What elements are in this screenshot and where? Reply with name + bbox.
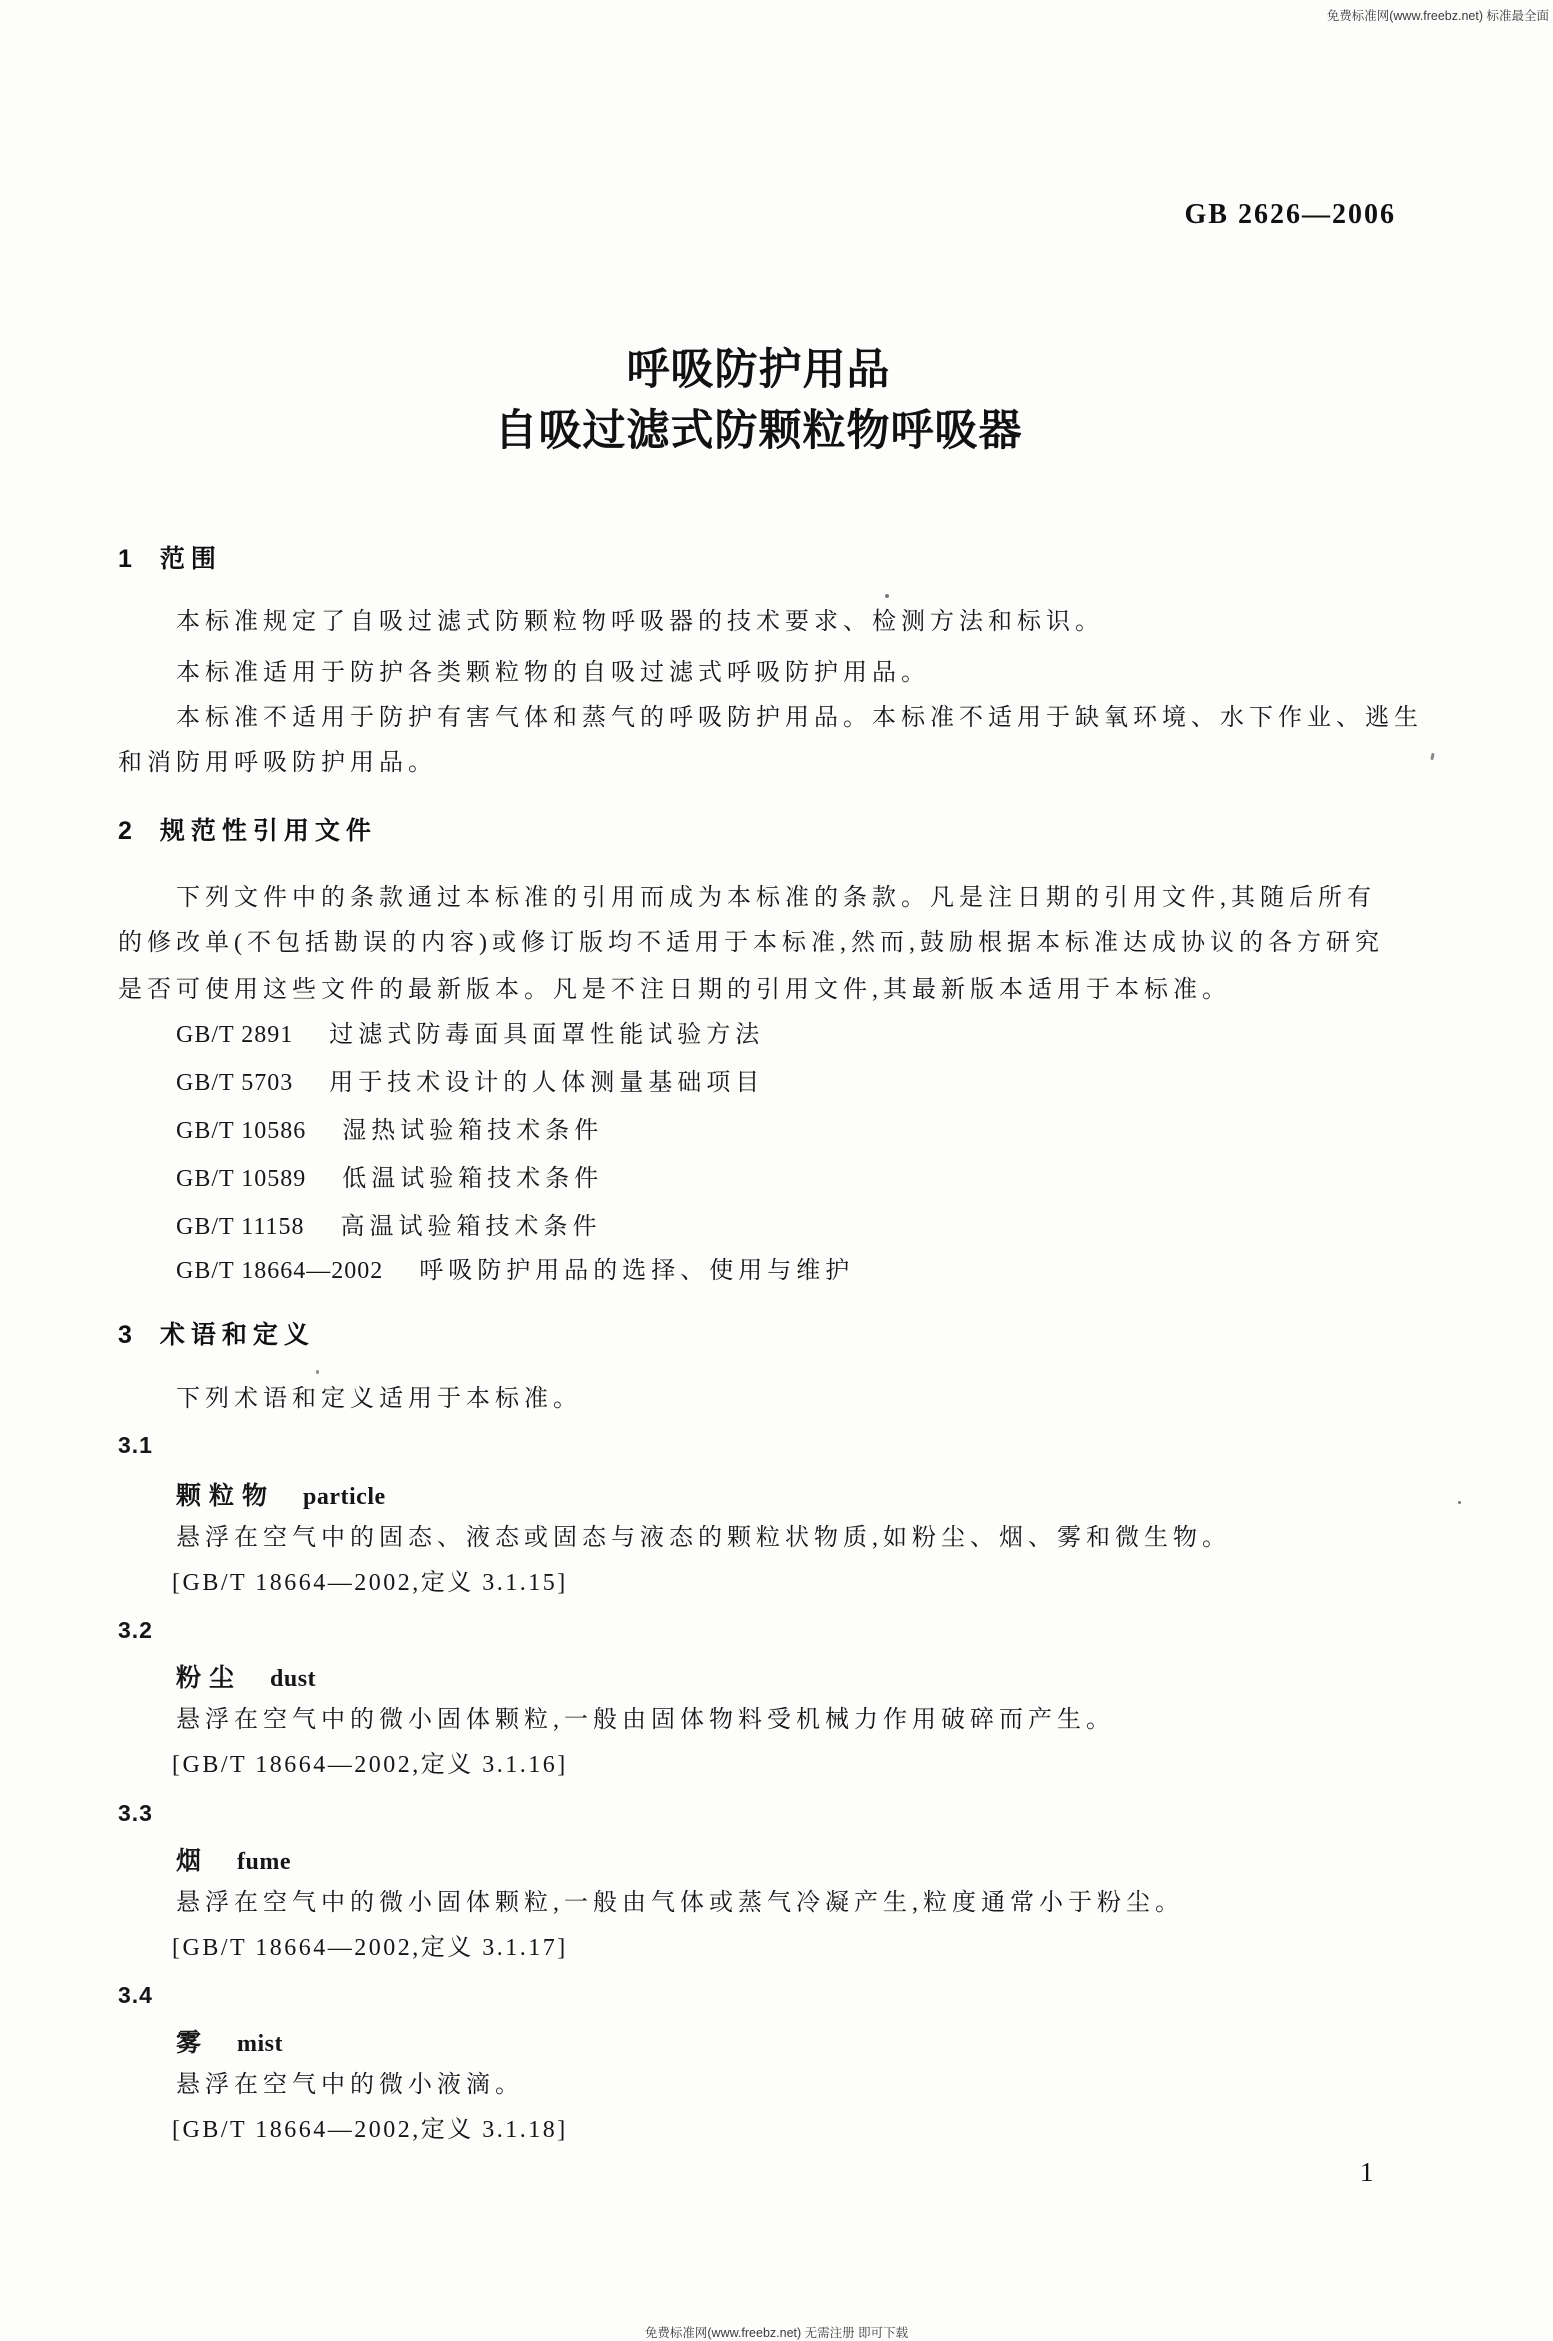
section-3-intro: 下列术语和定义适用于本标准。 [176, 1384, 582, 1414]
doc-number: GB 2626—2006 [1185, 199, 1396, 231]
reference-code: GB/T 2891 [176, 1022, 293, 1048]
section-2-heading: 2规范性引用文件 [118, 816, 377, 846]
section-1-paragraph-3: 本标准不适用于防护有害气体和蒸气的呼吸防护用品。本标准不适用于缺氧环境、水下作业… [176, 703, 1423, 733]
reference-code: GB/T 10586 [176, 1118, 306, 1144]
term-name: 颗粒物particle [176, 1481, 386, 1512]
section-1-paragraph-3-cont: 和消防用呼吸防护用品。 [118, 748, 437, 778]
reference-title: 高温试验箱技术条件 [340, 1214, 601, 1240]
scan-artifact [885, 594, 889, 598]
section-2-number: 2 [118, 817, 132, 845]
section-1-label: 范围 [160, 545, 222, 573]
scan-artifact [1430, 753, 1434, 760]
term-name: 烟fume [176, 1846, 291, 1877]
term-name-en: dust [270, 1666, 316, 1692]
term-number: 3.3 [118, 1798, 153, 1828]
term-definition: 悬浮在空气中的微小固体颗粒,一般由固体物料受机械力作用破碎而产生。 [176, 1705, 1115, 1735]
document-page: 免费标准网(www.freebz.net) 标准最全面 GB 2626—2006… [0, 0, 1553, 2341]
reference-title: 过滤式防毒面具面罩性能试验方法 [329, 1022, 764, 1048]
scan-artifact [316, 1370, 319, 1374]
section-3-heading: 3术语和定义 [118, 1320, 315, 1350]
section-2-paragraph-1: 下列文件中的条款通过本标准的引用而成为本标准的条款。凡是注日期的引用文件,其随后… [176, 883, 1376, 913]
term-name-zh: 粉尘 [176, 1664, 242, 1692]
doc-title-line2: 自吸过滤式防颗粒物呼吸器 [0, 401, 1517, 462]
section-1-paragraph-2: 本标准适用于防护各类颗粒物的自吸过滤式呼吸防护用品。 [176, 658, 930, 688]
section-2-paragraph-1-cont2: 是否可使用这些文件的最新版本。凡是不注日期的引用文件,其最新版本适用于本标准。 [118, 975, 1231, 1005]
reference-item: GB/T 11158高温试验箱技术条件 [176, 1212, 601, 1242]
section-2-label: 规范性引用文件 [160, 817, 377, 845]
reference-title: 用于技术设计的人体测量基础项目 [329, 1070, 764, 1096]
term-name: 粉尘dust [176, 1663, 316, 1694]
reference-code: GB/T 5703 [176, 1070, 293, 1096]
term-name-en: particle [303, 1484, 386, 1510]
term-source: [GB/T 18664—2002,定义 3.1.15] [172, 1568, 568, 1598]
term-name-zh: 雾 [176, 2029, 209, 2057]
term-definition: 悬浮在空气中的微小固体颗粒,一般由气体或蒸气冷凝产生,粒度通常小于粉尘。 [176, 1888, 1184, 1918]
doc-title-line1: 呼吸防护用品 [0, 340, 1517, 401]
page-number: 1 [1360, 2157, 1374, 2188]
reference-code: GB/T 10589 [176, 1166, 306, 1192]
section-2-paragraph-1-cont: 的修改单(不包括勘误的内容)或修订版均不适用于本标准,然而,鼓励根据本标准达成协… [118, 928, 1384, 958]
section-1-heading: 1范围 [118, 544, 222, 574]
term-name-zh: 烟 [176, 1847, 209, 1875]
watermark-bottom: 免费标准网(www.freebz.net) 无需注册 即可下载 [0, 2323, 1553, 2341]
reference-code: GB/T 11158 [176, 1214, 304, 1240]
reference-item: GB/T 10589低温试验箱技术条件 [176, 1164, 603, 1194]
reference-item: GB/T 2891过滤式防毒面具面罩性能试验方法 [176, 1020, 764, 1050]
reference-title: 湿热试验箱技术条件 [342, 1118, 603, 1144]
term-name: 雾mist [176, 2028, 283, 2059]
scan-artifact [1458, 1501, 1461, 1504]
term-name-zh: 颗粒物 [176, 1482, 275, 1510]
term-source: [GB/T 18664—2002,定义 3.1.18] [172, 2115, 568, 2145]
term-source: [GB/T 18664—2002,定义 3.1.17] [172, 1933, 568, 1963]
term-name-en: mist [237, 2031, 283, 2057]
term-number: 3.1 [118, 1430, 153, 1460]
term-name-en: fume [237, 1849, 291, 1875]
term-source: [GB/T 18664—2002,定义 3.1.16] [172, 1750, 568, 1780]
term-definition: 悬浮在空气中的微小液滴。 [176, 2070, 524, 2100]
watermark-top: 免费标准网(www.freebz.net) 标准最全面 [1327, 6, 1549, 24]
reference-title: 呼吸防护用品的选择、使用与维护 [419, 1258, 854, 1284]
section-3-label: 术语和定义 [160, 1321, 315, 1349]
reference-item: GB/T 10586湿热试验箱技术条件 [176, 1116, 603, 1146]
section-3-number: 3 [118, 1321, 132, 1349]
term-definition: 悬浮在空气中的固态、液态或固态与液态的颗粒状物质,如粉尘、烟、雾和微生物。 [176, 1523, 1231, 1553]
reference-title: 低温试验箱技术条件 [342, 1166, 603, 1192]
doc-title: 呼吸防护用品 自吸过滤式防颗粒物呼吸器 [0, 340, 1553, 462]
reference-item: GB/T 18664—2002呼吸防护用品的选择、使用与维护 [176, 1256, 854, 1286]
section-1-paragraph-1: 本标准规定了自吸过滤式防颗粒物呼吸器的技术要求、检测方法和标识。 [176, 607, 1104, 637]
section-1-number: 1 [118, 545, 132, 573]
term-number: 3.2 [118, 1615, 153, 1645]
reference-code: GB/T 18664—2002 [176, 1258, 383, 1284]
term-number: 3.4 [118, 1980, 153, 2010]
reference-item: GB/T 5703用于技术设计的人体测量基础项目 [176, 1068, 764, 1098]
